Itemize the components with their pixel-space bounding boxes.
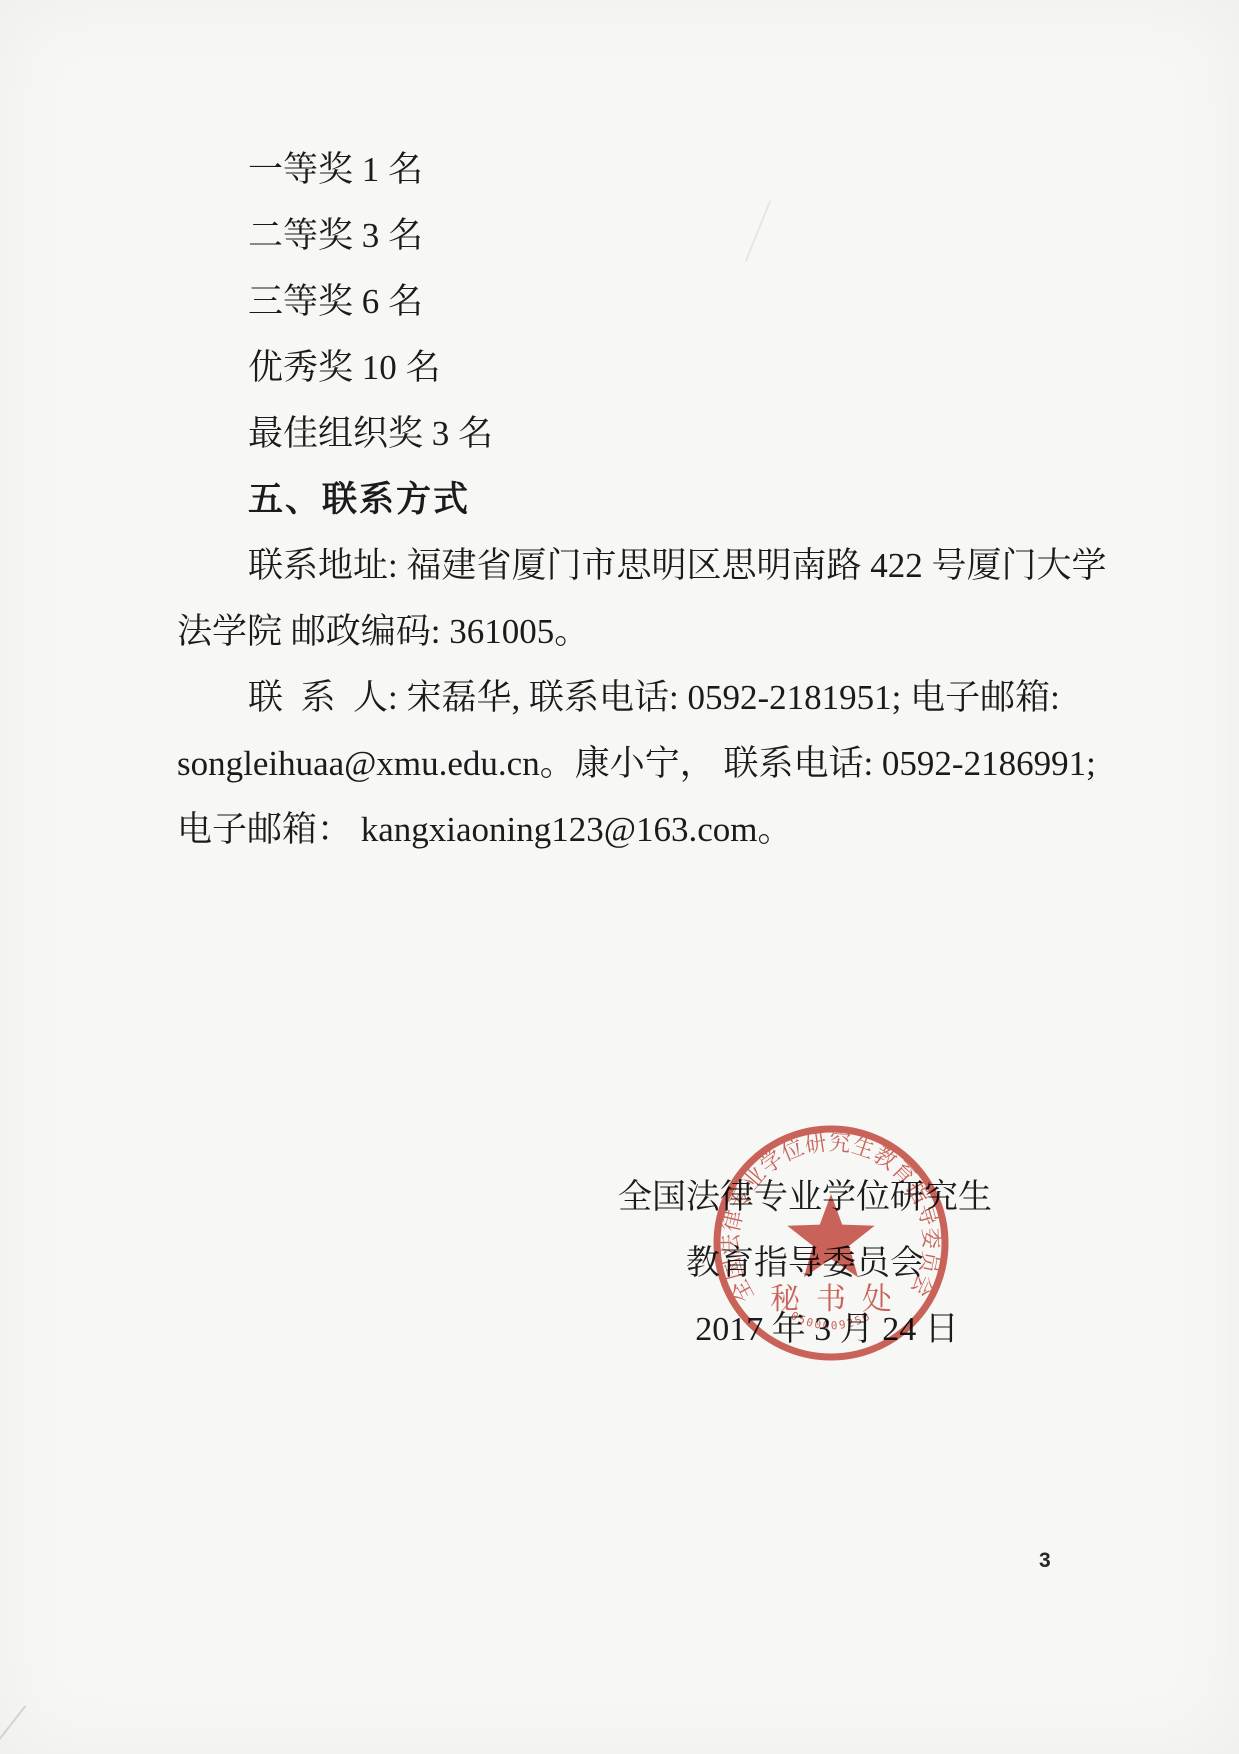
award-line: 二等奖 3 名	[177, 203, 1078, 269]
award-line: 一等奖 1 名	[177, 137, 1078, 203]
contact-line: 电子邮箱： kangxiaoning123@163.com。	[177, 797, 1078, 863]
award-line: 优秀奖 10 名	[177, 335, 1078, 401]
award-list: 一等奖 1 名 二等奖 3 名 三等奖 6 名 优秀奖 10 名 最佳组织奖 3…	[177, 137, 1078, 467]
official-seal-stamp: 全国法律专业学位研究生教育指导委员会 秘书处 0500009256	[706, 1118, 956, 1368]
section-heading: 五、联系方式	[177, 467, 1078, 533]
seal-center-text: 秘书处	[770, 1283, 908, 1316]
award-line: 三等奖 6 名	[177, 269, 1078, 335]
contact-paragraphs: 联系地址: 福建省厦门市思明区思明南路 422 号厦门大学 法学院 邮政编码: …	[177, 533, 1078, 863]
document-body: 一等奖 1 名 二等奖 3 名 三等奖 6 名 优秀奖 10 名 最佳组织奖 3…	[177, 137, 1078, 863]
contact-line: 联系地址: 福建省厦门市思明区思明南路 422 号厦门大学	[177, 533, 1078, 599]
contact-line: songleihuaa@xmu.edu.cn。康小宁， 联系电话: 0592-2…	[177, 731, 1078, 797]
page-number: 3	[1039, 1549, 1051, 1573]
paper-corner-mark	[0, 1705, 26, 1749]
contact-line: 联 系 人: 宋磊华, 联系电话: 0592-2181951; 电子邮箱:	[177, 665, 1078, 731]
document-page: 一等奖 1 名 二等奖 3 名 三等奖 6 名 优秀奖 10 名 最佳组织奖 3…	[0, 0, 1239, 1754]
contact-line: 法学院 邮政编码: 361005。	[177, 599, 1078, 665]
award-line: 最佳组织奖 3 名	[177, 401, 1078, 467]
seal-star-icon	[787, 1194, 874, 1277]
